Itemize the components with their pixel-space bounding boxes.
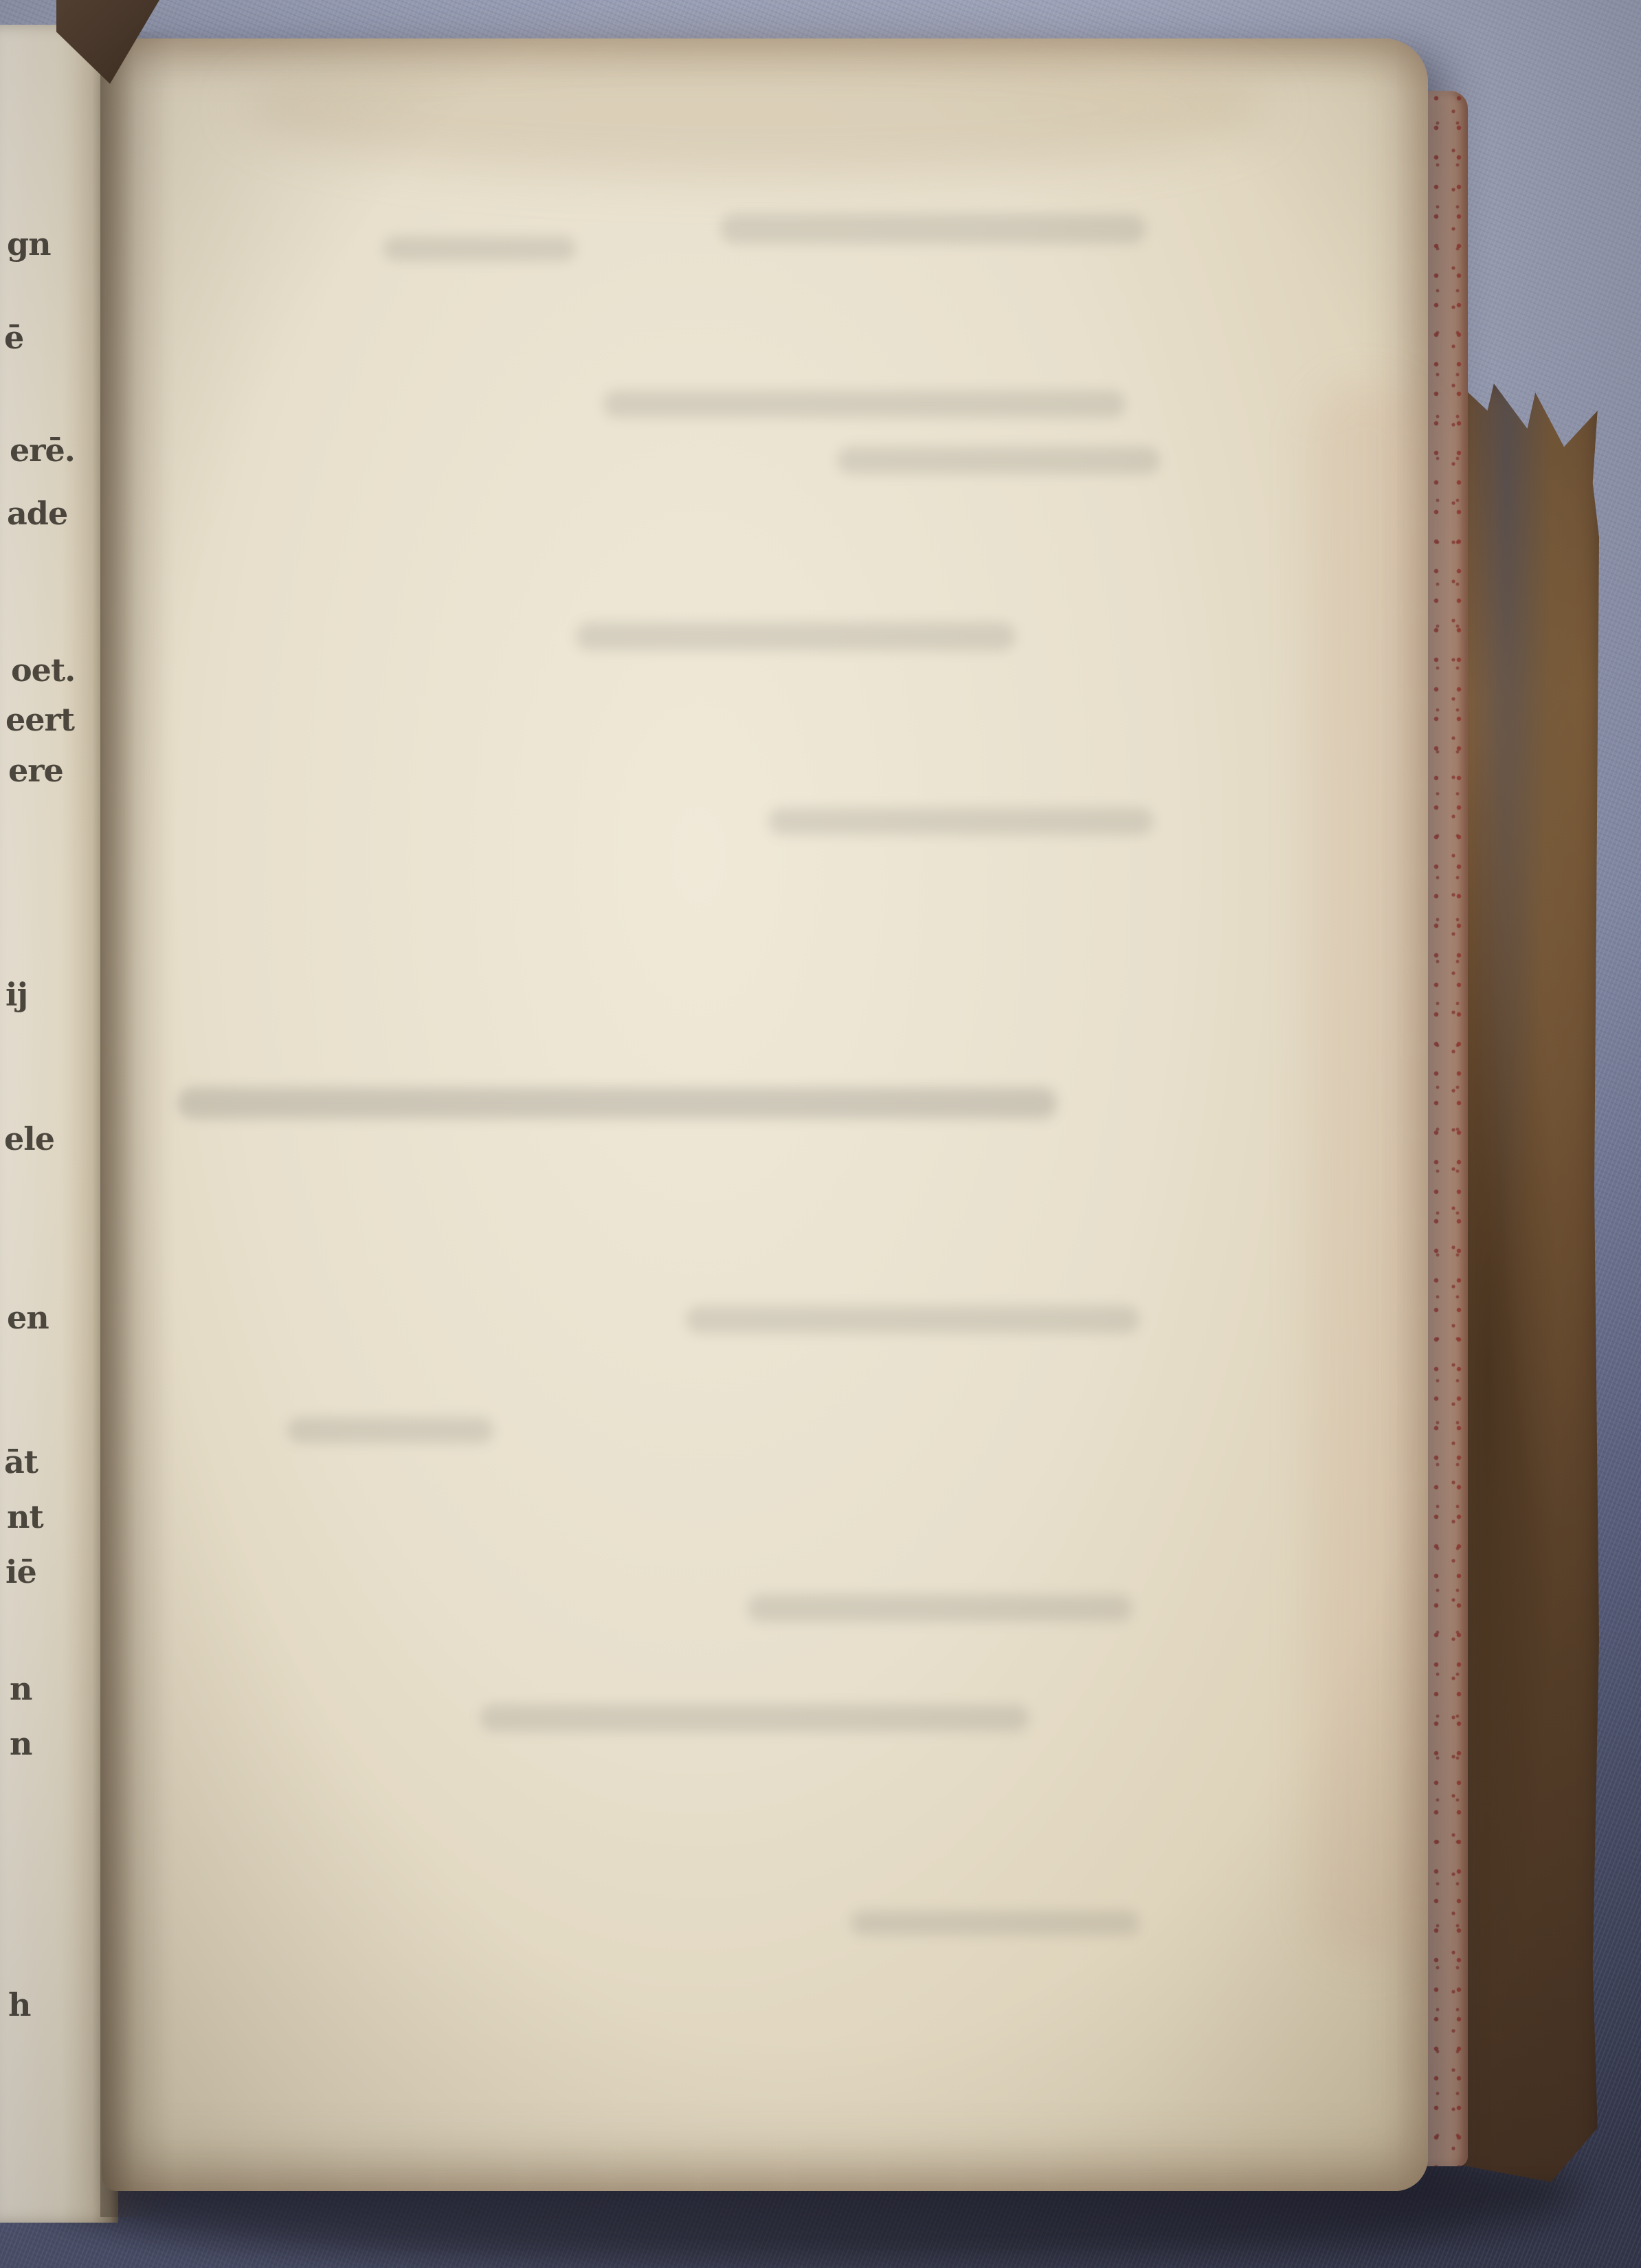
- ink-bleedthrough: [383, 236, 576, 261]
- facing-page-text-fragment: gn: [7, 225, 51, 263]
- facing-page-text-fragment: oet.: [11, 652, 75, 689]
- facing-page-text-fragment: n: [10, 1670, 32, 1707]
- ink-bleedthrough: [576, 622, 1016, 651]
- ink-bleedthrough: [686, 1306, 1139, 1333]
- facing-page-text-fragment: ele: [4, 1120, 54, 1157]
- ink-bleedthrough: [480, 1704, 1029, 1732]
- facing-page-text-fragment: nt: [7, 1498, 43, 1535]
- facing-page-edge: gnēerē.adeoet.eertereijeleenātntiēnnh: [0, 25, 118, 2223]
- ink-bleedthrough: [720, 214, 1146, 244]
- facing-page-text-fragment: erē.: [10, 432, 75, 469]
- ink-bleedthrough: [748, 1594, 1132, 1622]
- facing-page-text-fragment: h: [8, 1986, 30, 2023]
- paper-stain: [239, 38, 1270, 176]
- facing-page-text-fragment: ere: [8, 752, 63, 789]
- ink-bleedthrough: [837, 447, 1160, 474]
- paper-stain: [1311, 382, 1421, 1963]
- facing-page-text-fragment: āt: [4, 1443, 38, 1480]
- facing-page-fragments: gnēerē.adeoet.eertereijeleenātntiēnnh: [0, 25, 118, 2223]
- facing-page-text-fragment: ade: [7, 495, 67, 532]
- facing-page-text-fragment: ē: [4, 319, 23, 356]
- facing-page-text-fragment: eert: [5, 701, 74, 738]
- facing-page-text-fragment: en: [7, 1299, 49, 1336]
- facing-page-text-fragment: ij: [5, 976, 27, 1013]
- ink-bleedthrough: [603, 390, 1126, 418]
- ink-bleedthrough: [768, 808, 1153, 835]
- ink-bleedthrough: [177, 1087, 1057, 1119]
- facing-page-text-fragment: iē: [5, 1553, 36, 1590]
- photo-of-book-page: { "meta": { "description": "Photograph o…: [0, 0, 1641, 2268]
- facing-page-text-fragment: n: [10, 1725, 32, 1762]
- book-page: [102, 38, 1428, 2191]
- ink-bleedthrough: [287, 1417, 493, 1443]
- ink-bleedthrough: [851, 1911, 1139, 1935]
